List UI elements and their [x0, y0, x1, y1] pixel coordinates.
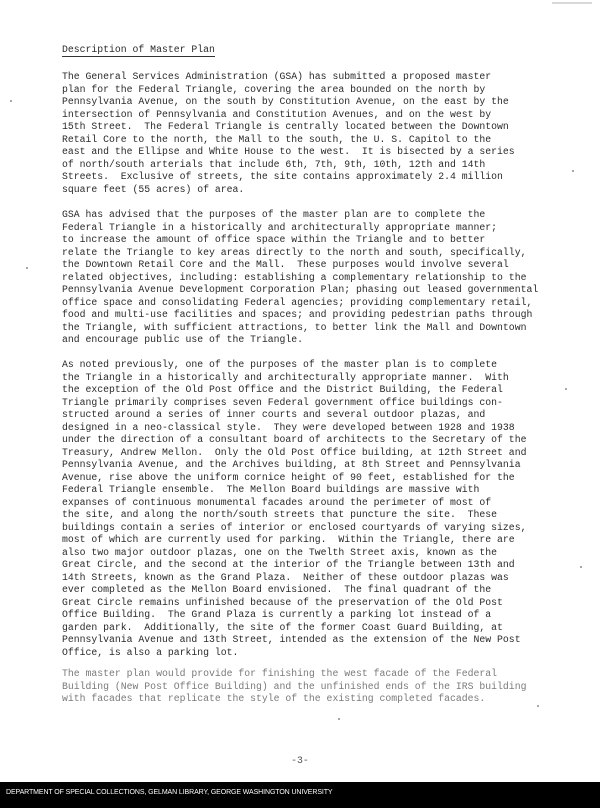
text-line: plan for the Federal Triangle, covering …	[62, 84, 515, 97]
paragraph-1: The General Services Administration (GSA…	[62, 71, 515, 196]
text-line: Office, is also a parking lot.	[62, 647, 526, 660]
text-line: Building (New Post Office Building) and …	[62, 681, 526, 694]
text-line: under the direction of a consultant boar…	[62, 434, 526, 447]
text-line: Retail Core to the north, the Mall to th…	[62, 134, 515, 147]
scan-speck	[565, 388, 567, 390]
scan-speck	[580, 566, 582, 568]
scan-artifact	[552, 2, 592, 4]
text-line: and encourage public use of the Triangle…	[62, 334, 538, 347]
scan-speck	[572, 170, 574, 172]
text-line: The General Services Administration (GSA…	[62, 71, 515, 84]
paragraph-3: As noted previously, one of the purposes…	[62, 359, 526, 659]
text-line: the site, and along the north/south stre…	[62, 509, 526, 522]
text-line: ever completed as the Mellon Board envis…	[62, 584, 526, 597]
scan-speck	[537, 705, 539, 707]
text-line: the exception of the Old Post Office and…	[62, 384, 526, 397]
text-line: Streets. Exclusive of streets, the site …	[62, 171, 515, 184]
text-line: most of which are currently used for par…	[62, 534, 526, 547]
text-line: 15th Street. The Federal Triangle is cen…	[62, 121, 515, 134]
text-line: designed in a neo-classical style. They …	[62, 422, 526, 435]
archive-credit: DEPARTMENT OF SPECIAL COLLECTIONS, GELMA…	[6, 789, 333, 796]
text-line: Great Circle, and the second at the inte…	[62, 559, 526, 572]
text-line: to increase the amount of office space w…	[62, 234, 538, 247]
page-number: -3-	[0, 755, 600, 766]
text-line: The master plan would provide for finish…	[62, 668, 526, 681]
paragraph-2: GSA has advised that the purposes of the…	[62, 209, 538, 347]
text-line: the Triangle in a historically and archi…	[62, 372, 526, 385]
text-line: Pennsylvania Avenue and 13th Street, int…	[62, 634, 526, 647]
text-line: the Downtown Retail Core and the Mall. T…	[62, 259, 538, 272]
text-line: Federal Triangle ensemble. The Mellon Bo…	[62, 484, 526, 497]
text-line: As noted previously, one of the purposes…	[62, 359, 526, 372]
text-line: Treasury, Andrew Mellon. Only the Old Po…	[62, 447, 526, 460]
text-line: office space and consolidating Federal a…	[62, 297, 538, 310]
text-line: with facades that replicate the style of…	[62, 693, 526, 706]
text-line: of north/south arterials that include 6t…	[62, 159, 515, 172]
scan-speck	[10, 100, 12, 102]
text-line: Office Building. The Grand Plaza is curr…	[62, 609, 526, 622]
text-line: the Triangle, with sufficient attraction…	[62, 322, 538, 335]
text-line: relate the Triangle to key areas directl…	[62, 247, 538, 260]
scan-speck	[26, 267, 28, 269]
text-line: buildings contain a series of interior o…	[62, 522, 526, 535]
text-line: square feet (55 acres) of area.	[62, 184, 515, 197]
text-line: Triangle primarily comprises seven Feder…	[62, 397, 526, 410]
paragraph-4: The master plan would provide for finish…	[62, 668, 526, 706]
text-line: intersection of Pennsylvania and Constit…	[62, 109, 515, 122]
text-line: Avenue, rise above the uniform cornice h…	[62, 472, 526, 485]
text-line: expanses of continuous monumental facade…	[62, 497, 526, 510]
text-line: Federal Triangle in a historically and a…	[62, 222, 538, 235]
text-line: also two major outdoor plazas, one on th…	[62, 547, 526, 560]
text-line: related objectives, including: establish…	[62, 272, 538, 285]
text-line: structed around a series of inner courts…	[62, 409, 526, 422]
text-line: Pennsylvania Avenue, and the Archives bu…	[62, 459, 526, 472]
document-page: Description of Master Plan The General S…	[0, 0, 600, 778]
text-line: Pennsylvania Avenue Development Corporat…	[62, 284, 538, 297]
scan-speck	[338, 718, 340, 720]
text-line: 14th Streets, known as the Grand Plaza. …	[62, 572, 526, 585]
text-line: east and the Ellipse and White House to …	[62, 146, 515, 159]
text-line: GSA has advised that the purposes of the…	[62, 209, 538, 222]
text-line: garden park. Additionally, the site of t…	[62, 622, 526, 635]
text-line: Pennsylvania Avenue, on the south by Con…	[62, 96, 515, 109]
text-line: food and multi-use facilities and spaces…	[62, 309, 538, 322]
archive-footer: DEPARTMENT OF SPECIAL COLLECTIONS, GELMA…	[0, 782, 600, 808]
text-line: Great Circle remains unfinished because …	[62, 597, 526, 610]
section-heading: Description of Master Plan	[62, 44, 215, 57]
